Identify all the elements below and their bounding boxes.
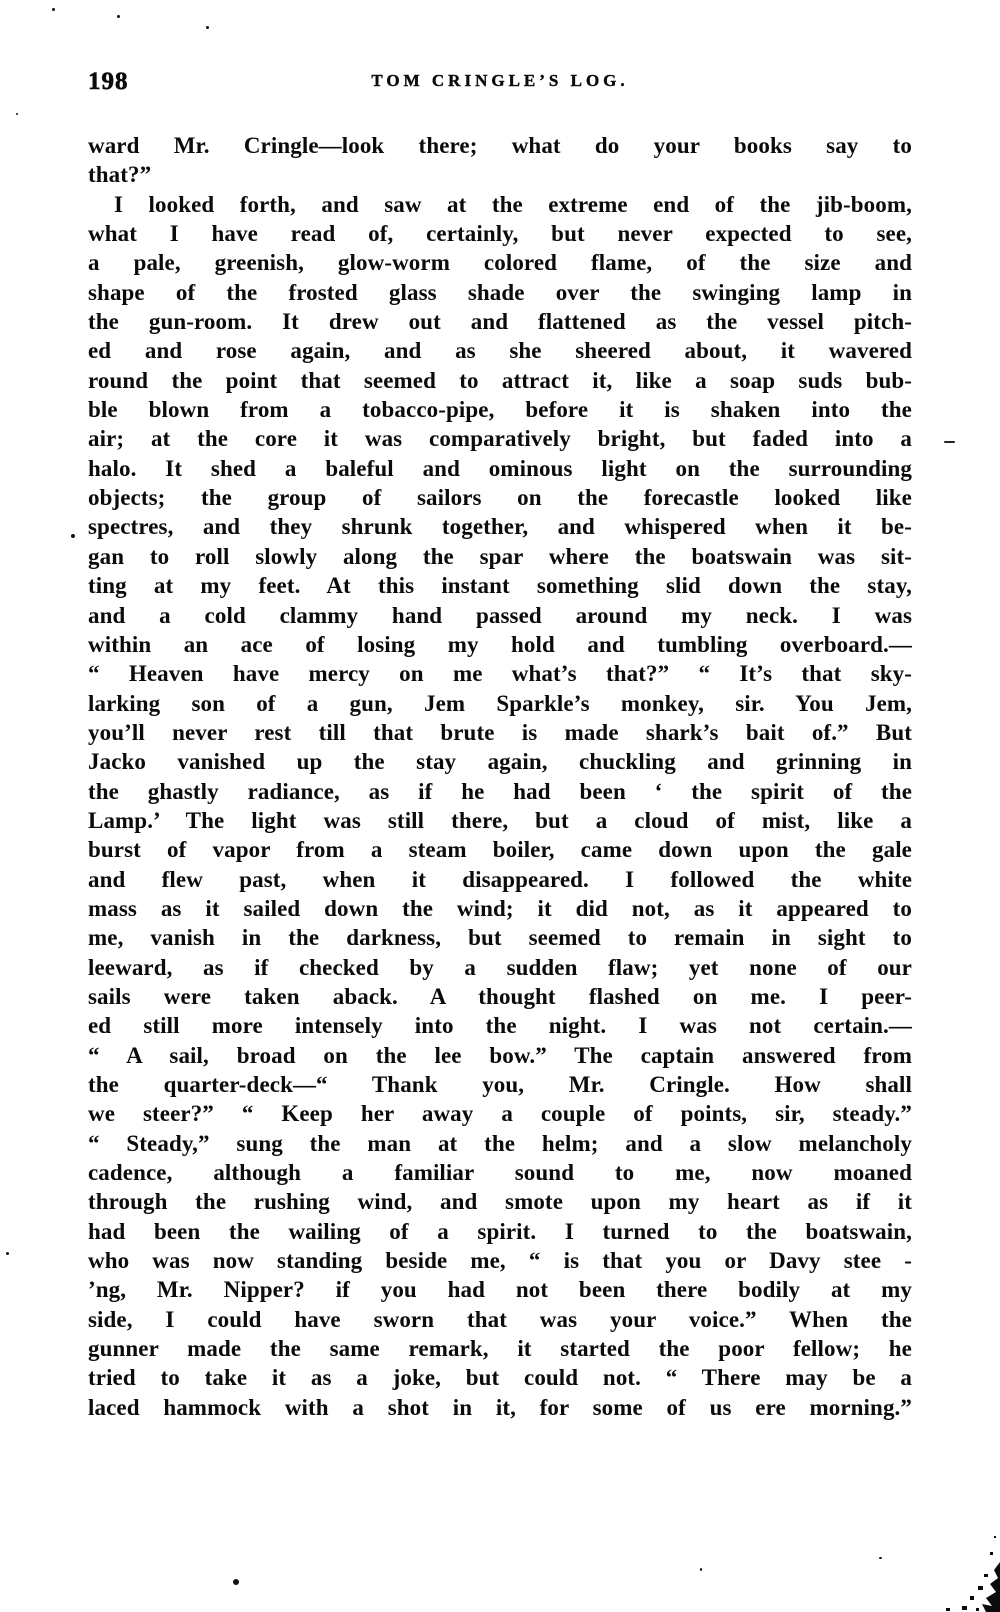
text-line: a pale, greenish, glow-worm colored flam… xyxy=(88,248,912,277)
text-line: tried to take it as a joke, but could no… xyxy=(88,1363,912,1392)
text-line: Lamp.’ The light was still there, but a … xyxy=(88,806,912,835)
ink-speck xyxy=(52,8,55,11)
text-line: shape of the frosted glass shade over th… xyxy=(88,278,912,307)
text-line: spectres, and they shrunk together, and … xyxy=(88,512,912,541)
text-line: Jacko vanished up the stay again, chuckl… xyxy=(88,747,912,776)
text-line: who was now standing beside me, “ is tha… xyxy=(88,1246,912,1275)
ink-speck xyxy=(16,113,18,115)
text-line: side, I could have sworn that was your v… xyxy=(88,1305,912,1334)
text-line: what I have read of, certainly, but neve… xyxy=(88,219,912,248)
text-line: me, vanish in the darkness, but seemed t… xyxy=(88,923,912,952)
text-line: “ Steady,” sung the man at the helm; and… xyxy=(88,1129,912,1158)
text-line: leeward, as if checked by a sudden flaw;… xyxy=(88,953,912,982)
text-line: objects; the group of sailors on the for… xyxy=(88,483,912,512)
text-line: larking son of a gun, Jem Sparkle’s monk… xyxy=(88,689,912,718)
text-line: mass as it sailed down the wind; it did … xyxy=(88,894,912,923)
running-header: TOM CRINGLE’S LOG. xyxy=(88,71,912,91)
text-line: round the point that seemed to attract i… xyxy=(88,366,912,395)
text-line: we steer?” “ Keep her away a couple of p… xyxy=(88,1099,912,1128)
page-header: 198 TOM CRINGLE’S LOG. xyxy=(88,68,912,98)
text-line: halo. It shed a baleful and ominous ligh… xyxy=(88,454,912,483)
text-line: laced hammock with a shot in it, for som… xyxy=(88,1393,912,1422)
text-line: “ Heaven have mercy on me what’s that?” … xyxy=(88,659,912,688)
text-line: the ghastly radiance, as if he had been … xyxy=(88,777,912,806)
ink-speck xyxy=(700,1568,702,1571)
text-line: ed still more intensely into the night. … xyxy=(88,1011,912,1040)
text-line: and a cold clammy hand passed around my … xyxy=(88,601,912,630)
text-line: cadence, although a familiar sound to me… xyxy=(88,1158,912,1187)
ink-smudge-bottom-right xyxy=(920,1522,1000,1612)
ink-speck xyxy=(6,1252,9,1255)
ink-dash xyxy=(944,441,955,443)
ink-speck xyxy=(233,1579,239,1585)
text-line: burst of vapor from a steam boiler, came… xyxy=(88,835,912,864)
text-line: ward Mr. Cringle—look there; what do you… xyxy=(88,131,912,160)
body-text: ward Mr. Cringle—look there; what do you… xyxy=(88,131,912,1422)
text-line: air; at the core it was comparatively br… xyxy=(88,424,912,453)
text-line: ’ng, Mr. Nipper? if you had not been the… xyxy=(88,1275,912,1304)
scanned-book-page: 198 TOM CRINGLE’S LOG. ward Mr. Cringle—… xyxy=(0,0,1000,1612)
text-line: gunner made the same remark, it started … xyxy=(88,1334,912,1363)
text-line: ting at my feet. At this instant somethi… xyxy=(88,571,912,600)
ink-speck xyxy=(117,15,120,18)
text-line: within an ace of losing my hold and tumb… xyxy=(88,630,912,659)
text-line: the gun-room. It drew out and flattened … xyxy=(88,307,912,336)
text-line: I looked forth, and saw at the extreme e… xyxy=(88,190,912,219)
ink-speck xyxy=(206,26,209,29)
text-line: had been the wailing of a spirit. I turn… xyxy=(88,1217,912,1246)
text-line: the quarter-deck—“ Thank you, Mr. Cringl… xyxy=(88,1070,912,1099)
ink-speck xyxy=(879,1557,882,1559)
text-line: through the rushing wind, and smote upon… xyxy=(88,1187,912,1216)
text-line: you’ll never rest till that brute is mad… xyxy=(88,718,912,747)
text-line: ed and rose again, and as she sheered ab… xyxy=(88,336,912,365)
text-line: and flew past, when it disappeared. I fo… xyxy=(88,865,912,894)
ink-speck xyxy=(71,534,75,538)
text-line: ble blown from a tobacco-pipe, before it… xyxy=(88,395,912,424)
text-line: that?” xyxy=(88,160,912,189)
text-line: gan to roll slowly along the spar where … xyxy=(88,542,912,571)
text-line: sails were taken aback. A thought flashe… xyxy=(88,982,912,1011)
text-line: “ A sail, broad on the lee bow.” The cap… xyxy=(88,1041,912,1070)
